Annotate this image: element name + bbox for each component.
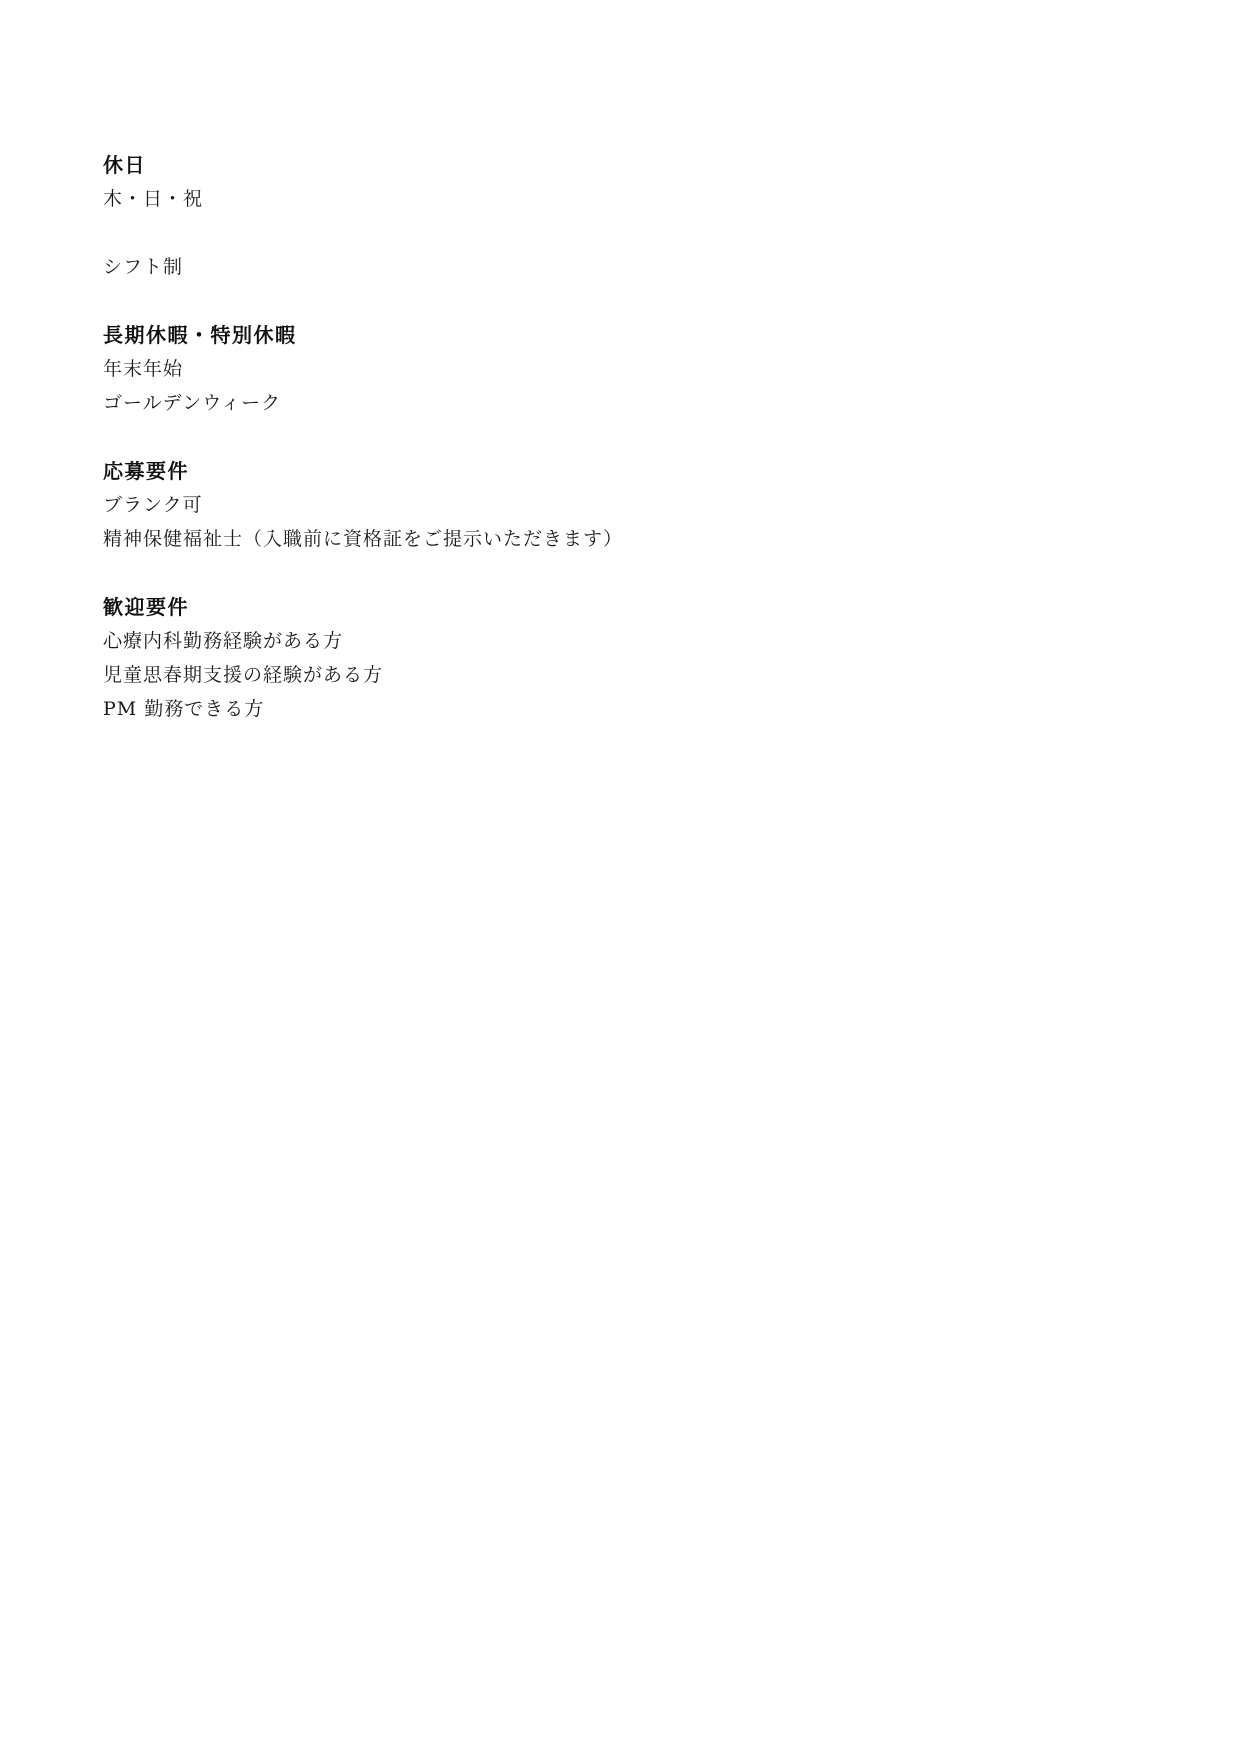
section-heading-holidays: 休日: [103, 148, 1150, 182]
document-line-golden-week: ゴールデンウィーク: [103, 386, 1150, 420]
document-line-shift-system: シフト制: [103, 250, 1150, 284]
document-line-adolescent-support-experience: 児童思春期支援の経験がある方: [103, 658, 1150, 692]
document-line-license-requirement: 精神保健福祉士（入職前に資格証をご提示いただきます）: [103, 522, 1150, 556]
document-line-blank-ok: ブランク可: [103, 488, 1150, 522]
section-holidays: 休日 木・日・祝 シフト制: [103, 148, 1150, 284]
document-line-year-end: 年末年始: [103, 352, 1150, 386]
document-line-blank: [103, 216, 1150, 250]
section-heading-application-requirements: 応募要件: [103, 454, 1150, 488]
document-line-holiday-days: 木・日・祝: [103, 182, 1150, 216]
document-line-pm-shift: PM 勤務できる方: [103, 692, 1150, 726]
document-page: 休日 木・日・祝 シフト制 長期休暇・特別休暇 年末年始 ゴールデンウィーク 応…: [0, 0, 1240, 1754]
section-welcome-requirements: 歓迎要件 心療内科勤務経験がある方 児童思春期支援の経験がある方 PM 勤務でき…: [103, 590, 1150, 726]
section-heading-long-special-vacation: 長期休暇・特別休暇: [103, 318, 1150, 352]
document-line-psychosomatic-experience: 心療内科勤務経験がある方: [103, 624, 1150, 658]
section-application-requirements: 応募要件 ブランク可 精神保健福祉士（入職前に資格証をご提示いただきます）: [103, 454, 1150, 556]
section-long-special-vacation: 長期休暇・特別休暇 年末年始 ゴールデンウィーク: [103, 318, 1150, 420]
section-heading-welcome-requirements: 歓迎要件: [103, 590, 1150, 624]
